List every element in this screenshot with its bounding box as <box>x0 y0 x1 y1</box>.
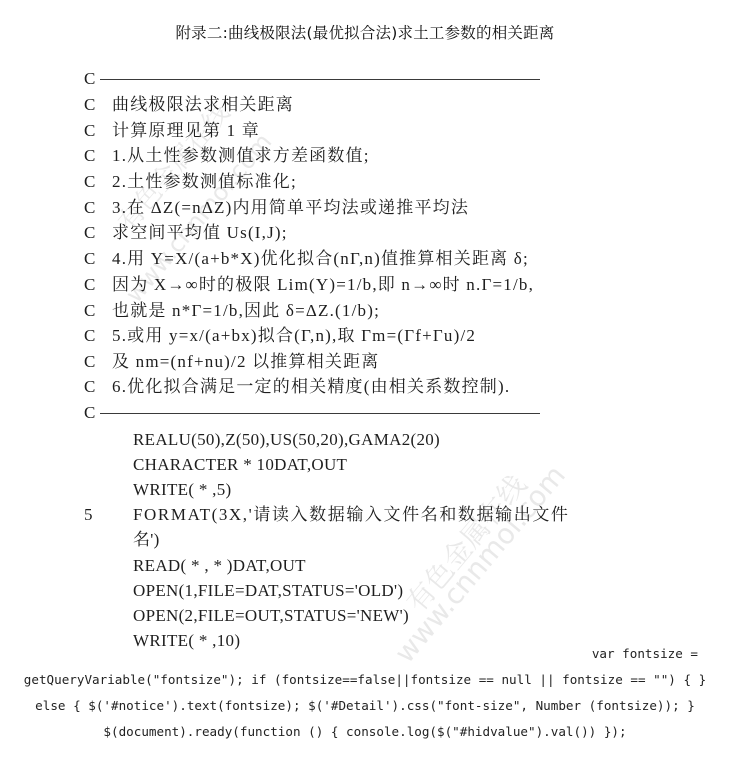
comment-text: 曲线极限法求相关距离 <box>112 92 294 117</box>
horizontal-rule <box>100 413 540 414</box>
script-text-line-1: var fontsize = <box>10 641 720 667</box>
scanned-code-figure: 有色金属在线 www.cnnmol.com 有色金属在线 www.cnnmol.… <box>0 0 730 660</box>
comment-marker: C <box>84 118 112 143</box>
comment-text: 5.或用 y=x/(a+bx)拟合(Γ,n),取 Γm=(Γf+Γu)/2 <box>112 323 476 348</box>
comment-marker: C <box>84 169 112 194</box>
comment-line: C6.优化拟合满足一定的相关精度(由相关系数控制). <box>84 374 510 399</box>
comment-marker: C <box>84 92 112 117</box>
comment-marker: C <box>84 298 112 323</box>
comment-text: 6.优化拟合满足一定的相关精度(由相关系数控制). <box>112 374 510 399</box>
code-line: REALU(50),Z(50),US(50,20),GAMA2(20) <box>133 427 440 452</box>
comment-marker: C <box>84 195 112 220</box>
watermark-cn-bottom: 有色金属在线 <box>396 465 535 619</box>
comment-text: 1.从土性参数测值求方差函数值; <box>112 143 370 168</box>
comment-marker: C <box>84 69 95 88</box>
horizontal-rule <box>100 79 540 80</box>
code-line: FORMAT(3X,'请读入数据输入文件名和数据输出文件 <box>133 502 570 527</box>
comment-marker: C <box>84 349 112 374</box>
comment-marker: C <box>84 374 112 399</box>
comment-line: C计算原理见第 1 章 <box>84 118 260 143</box>
comment-text: 3.在 ΔZ(=nΔZ)内用简单平均法或递推平均法 <box>112 195 469 220</box>
code-line: CHARACTER * 10DAT,OUT <box>133 452 347 477</box>
comment-line: C3.在 ΔZ(=nΔZ)内用简单平均法或递推平均法 <box>84 195 469 220</box>
comment-text: 计算原理见第 1 章 <box>112 118 260 143</box>
comment-marker: C <box>84 220 112 245</box>
comment-marker: C <box>84 143 112 168</box>
code-line: READ( * , * )DAT,OUT <box>133 553 306 578</box>
comment-line: C求空间平均值 Us(I,J); <box>84 220 288 245</box>
comment-rule-top: C <box>84 66 544 91</box>
code-statement-label: 5 <box>84 502 93 527</box>
comment-marker: C <box>84 272 112 297</box>
comment-line: C曲线极限法求相关距离 <box>84 92 294 117</box>
comment-line: C2.土性参数测值标准化; <box>84 169 297 194</box>
comment-marker: C <box>84 246 112 271</box>
comment-line: C及 nm=(nf+nu)/2 以推算相关距离 <box>84 349 380 374</box>
comment-text: 因为 X→∞时的极限 Lim(Y)=1/b,即 n→∞时 n.Γ=1/b, <box>112 272 534 297</box>
comment-line: C4.用 Y=X/(a+b*X)优化拟合(nΓ,n)值推算相关距离 δ; <box>84 246 529 271</box>
watermark-url-bottom: www.cnnmol.com <box>388 459 572 669</box>
comment-text: 求空间平均值 Us(I,J); <box>112 220 288 245</box>
comment-line: C也就是 n*Γ=1/b,因此 δ=ΔZ.(1/b); <box>84 298 380 323</box>
comment-text: 4.用 Y=X/(a+b*X)优化拟合(nΓ,n)值推算相关距离 δ; <box>112 246 529 271</box>
code-line: OPEN(1,FILE=DAT,STATUS='OLD') <box>133 578 403 603</box>
comment-marker: C <box>84 323 112 348</box>
comment-text: 也就是 n*Γ=1/b,因此 δ=ΔZ.(1/b); <box>112 298 380 323</box>
comment-marker: C <box>84 403 95 422</box>
comment-line: C1.从土性参数测值求方差函数值; <box>84 143 370 168</box>
code-line: 名') <box>133 527 160 552</box>
leaked-script-text: var fontsize = getQueryVariable("fontsiz… <box>10 641 720 745</box>
code-line: WRITE( * ,5) <box>133 477 232 502</box>
comment-text: 及 nm=(nf+nu)/2 以推算相关距离 <box>112 349 380 374</box>
comment-text: 2.土性参数测值标准化; <box>112 169 297 194</box>
comment-line: C因为 X→∞时的极限 Lim(Y)=1/b,即 n→∞时 n.Γ=1/b, <box>84 272 534 297</box>
comment-line: C5.或用 y=x/(a+bx)拟合(Γ,n),取 Γm=(Γf+Γu)/2 <box>84 323 476 348</box>
comment-rule-bottom: C <box>84 400 544 425</box>
code-line: OPEN(2,FILE=OUT,STATUS='NEW') <box>133 603 409 628</box>
script-text-body: getQueryVariable("fontsize"); if (fontsi… <box>24 672 706 739</box>
